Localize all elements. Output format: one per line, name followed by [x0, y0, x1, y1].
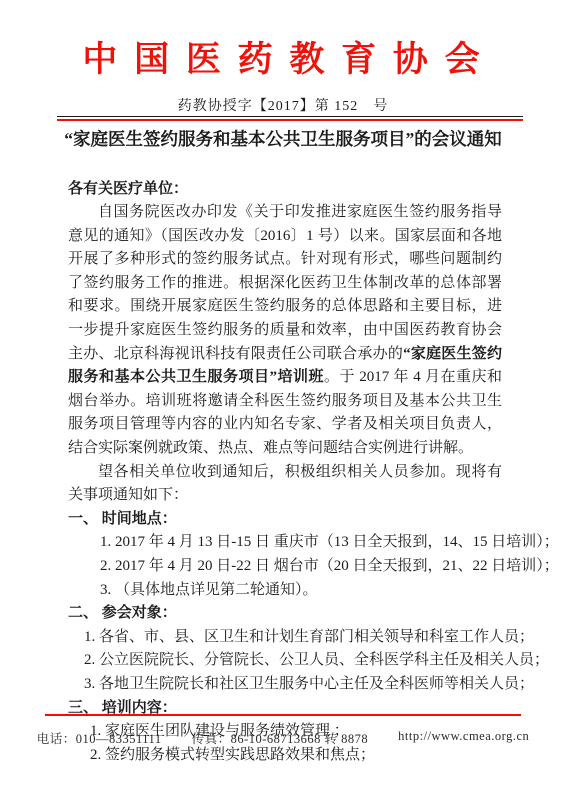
- notice-title: “家庭医生签约服务和基本公共卫生服务项目”的会议通知: [0, 126, 566, 151]
- document-number: 药教协授字【2017】第 152 号: [0, 95, 566, 115]
- red-rule: [57, 119, 523, 121]
- footer-website: http://www.cmea.org.cn: [398, 729, 529, 747]
- footer-phone: 电话：010—83351111: [37, 729, 162, 747]
- document-page: 中 国 医 药 教 育 协 会 药教协授字【2017】第 152 号 “家庭医生…: [0, 0, 566, 800]
- list-item: 3. 各地卫生院院长和社区卫生服务中心主任及全科医师等相关人员；: [68, 673, 502, 697]
- list-item: 3. （具体地点详见第二轮通知）。: [68, 579, 502, 603]
- paragraph-intro-text: 自国务院医改办印发《关于印发推进家庭医生签约服务指导意见的通知》（国医改办发〔2…: [68, 204, 502, 362]
- letterhead-rules: [57, 116, 523, 121]
- list-item: 2. 签约服务模式转型实践思路效果和焦点；: [68, 744, 502, 768]
- section-heading-time-location: 一、 时间地点：: [68, 508, 502, 532]
- footer: 电话：010—83351111 传真：86-10-68713668 转 8878…: [0, 729, 566, 747]
- organization-title: 中 国 医 药 教 育 协 会: [0, 32, 566, 82]
- list-item: 1. 各省、市、县、区卫生和计划生育部门相关领导和科室工作人员；: [68, 626, 502, 650]
- footer-red-rule: [45, 714, 521, 716]
- paragraph-call-to-action: 望各相关单位收到通知后，积极组织相关人员参加。现将有关事项通知如下：: [68, 461, 502, 508]
- list-item: 2. 公立医院院长、分管院长、公卫人员、全科医学科主任及相关人员；: [68, 649, 502, 673]
- list-item: 1. 2017 年 4 月 13 日-15 日 重庆市（13 日全天报到，14、…: [68, 531, 502, 555]
- section-heading-attendees: 二、 参会对象：: [68, 602, 502, 626]
- salutation: 各有关医疗单位：: [68, 178, 502, 202]
- list-item: 2. 2017 年 4 月 20 日-22 日 烟台市（20 日全天报到，21、…: [68, 555, 502, 579]
- section-heading-training-content: 三、 培训内容：: [68, 697, 502, 721]
- footer-fax: 传真：86-10-68713668 转 8878: [192, 729, 369, 747]
- document-body: 各有关医疗单位： 自国务院医改办印发《关于印发推进家庭医生签约服务指导意见的通知…: [0, 178, 566, 768]
- paragraph-intro: 自国务院医改办印发《关于印发推进家庭医生签约服务指导意见的通知》（国医改办发〔2…: [68, 201, 502, 461]
- black-rule: [57, 116, 523, 117]
